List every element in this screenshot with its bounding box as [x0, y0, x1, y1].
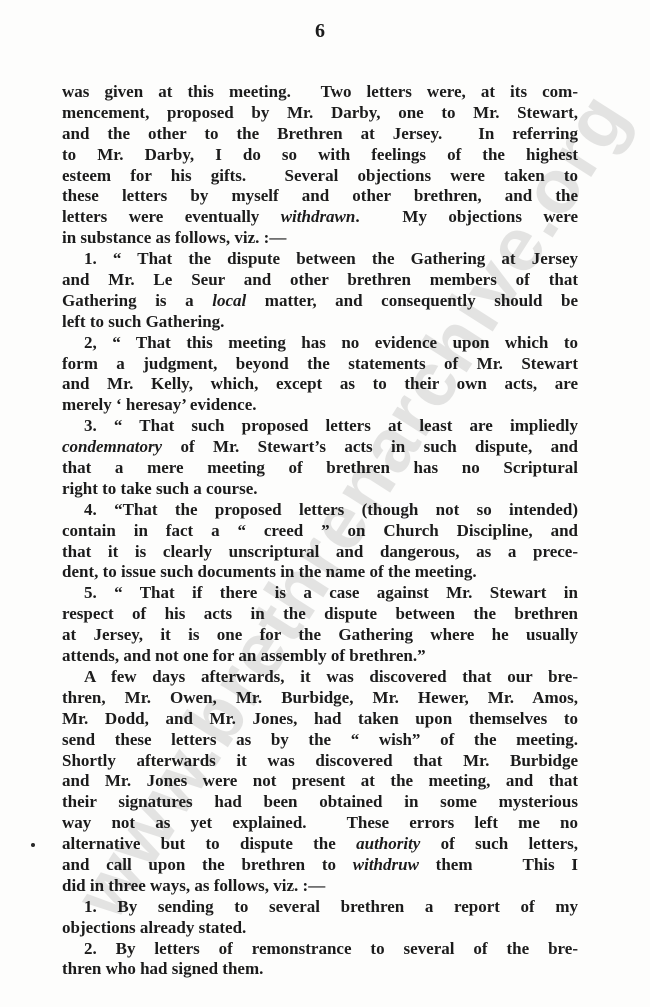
paragraph: 5. “ That if there is a case against Mr.…: [62, 583, 578, 667]
text-run: objections already stated.: [62, 918, 246, 937]
text-line: left to such Gathering.: [62, 312, 578, 333]
text-run: dent, to issue such documents in the nam…: [62, 562, 477, 581]
text-run: their signatures had been obtained in so…: [62, 792, 578, 811]
italic-text: local: [212, 291, 246, 310]
text-run: that a mere meeting of brethren has no S…: [62, 458, 578, 477]
text-run: 2, “ That this meeting has no evidence u…: [84, 333, 578, 352]
text-run: way not as yet explained. These errors l…: [62, 813, 578, 832]
text-line: and call upon the brethren to withdruw t…: [62, 855, 578, 876]
text-run: attends, and not one for an assembly of …: [62, 646, 426, 665]
text-line: their signatures had been obtained in so…: [62, 792, 578, 813]
text-line: mencement, proposed by Mr. Darby, one to…: [62, 103, 578, 124]
text-block: was given at this meeting. Two letters w…: [62, 82, 578, 980]
italic-text: withdruw: [353, 855, 419, 874]
text-line: thren who had signed them.: [62, 959, 578, 980]
text-run: mencement, proposed by Mr. Darby, one to…: [62, 103, 578, 122]
paragraph: was given at this meeting. Two letters w…: [62, 82, 578, 249]
paragraph: 4. “That the proposed letters (though no…: [62, 500, 578, 584]
scanned-page: www.brethrenarchive.org 6 was given at t…: [0, 0, 650, 1007]
text-line: alternative but to dispute the authority…: [62, 834, 578, 855]
paragraph: 2, “ That this meeting has no evidence u…: [62, 333, 578, 417]
text-line: 2, “ That this meeting has no evidence u…: [62, 333, 578, 354]
text-line: form a judgment, beyond the statements o…: [62, 354, 578, 375]
text-run: matter, and consequently should be: [246, 291, 578, 310]
text-run: these letters by myself and other brethr…: [62, 186, 578, 205]
text-line: Gathering is a local matter, and consequ…: [62, 291, 578, 312]
text-line: that a mere meeting of brethren has no S…: [62, 458, 578, 479]
scan-speck: [31, 843, 35, 847]
paragraph: 3. “ That such proposed letters at least…: [62, 416, 578, 500]
text-run: was given at this meeting. Two letters w…: [62, 82, 578, 101]
text-line: at Jersey, it is one for the Gathering w…: [62, 625, 578, 646]
page-number: 6: [62, 20, 578, 43]
text-line: and Mr. Kelly, which, except as to their…: [62, 374, 578, 395]
text-line: 2. By letters of remonstrance to several…: [62, 939, 578, 960]
text-line: and Mr. Jones were not present at the me…: [62, 771, 578, 792]
text-line: dent, to issue such documents in the nam…: [62, 562, 578, 583]
text-line: right to take such a course.: [62, 479, 578, 500]
text-run: 5. “ That if there is a case against Mr.…: [84, 583, 578, 602]
text-run: alternative but to dispute the: [62, 834, 356, 853]
text-run: 3. “ That such proposed letters at least…: [84, 416, 578, 435]
text-run: letters were eventually: [62, 207, 281, 226]
text-line: 5. “ That if there is a case against Mr.…: [62, 583, 578, 604]
text-line: was given at this meeting. Two letters w…: [62, 82, 578, 103]
text-run: and the other to the Brethren at Jersey.…: [62, 124, 578, 143]
text-run: contain in fact a “ creed ” on Church Di…: [62, 521, 578, 540]
text-line: did in three ways, as follows, viz. :—: [62, 876, 578, 897]
text-run: and call upon the brethren to: [62, 855, 353, 874]
text-line: Mr. Dodd, and Mr. Jones, had taken upon …: [62, 709, 578, 730]
text-line: A few days afterwards, it was discovered…: [62, 667, 578, 688]
text-line: to Mr. Darby, I do so with feelings of t…: [62, 145, 578, 166]
italic-text: condemnatory: [62, 437, 162, 456]
text-run: did in three ways, as follows, viz. :—: [62, 876, 325, 895]
text-line: that it is clearly unscriptural and dang…: [62, 542, 578, 563]
text-run: and Mr. Le Seur and other brethren membe…: [62, 270, 578, 289]
text-run: A few days afterwards, it was discovered…: [84, 667, 578, 686]
text-line: respect of his acts in the dispute betwe…: [62, 604, 578, 625]
text-line: 4. “That the proposed letters (though no…: [62, 500, 578, 521]
text-line: merely ‘ heresay’ evidence.: [62, 395, 578, 416]
text-line: these letters by myself and other brethr…: [62, 186, 578, 207]
text-line: 3. “ That such proposed letters at least…: [62, 416, 578, 437]
text-line: objections already stated.: [62, 918, 578, 939]
text-line: in substance as follows, viz. :—: [62, 228, 578, 249]
paragraph: 1. By sending to several brethren a repo…: [62, 897, 578, 939]
text-run: respect of his acts in the dispute betwe…: [62, 604, 578, 623]
text-run: Mr. Dodd, and Mr. Jones, had taken upon …: [62, 709, 578, 728]
text-run: of Mr. Stewart’s acts in such dispute, a…: [162, 437, 578, 456]
text-line: condemnatory of Mr. Stewart’s acts in su…: [62, 437, 578, 458]
italic-text: authority: [356, 834, 420, 853]
text-line: letters were eventually withdrawn. My ob…: [62, 207, 578, 228]
text-run: Shortly afterwards it was discovered tha…: [62, 751, 578, 770]
text-run: 1. “ That the dispute between the Gather…: [84, 249, 578, 268]
text-run: left to such Gathering.: [62, 312, 224, 331]
text-run: of such letters,: [420, 834, 578, 853]
text-line: send these letters as by the “ wish” of …: [62, 730, 578, 751]
text-run: 2. By letters of remonstrance to several…: [84, 939, 578, 958]
text-line: contain in fact a “ creed ” on Church Di…: [62, 521, 578, 542]
text-line: Shortly afterwards it was discovered tha…: [62, 751, 578, 772]
text-run: send these letters as by the “ wish” of …: [62, 730, 578, 749]
text-run: 4. “That the proposed letters (though no…: [84, 500, 578, 519]
text-run: at Jersey, it is one for the Gathering w…: [62, 625, 578, 644]
text-run: and Mr. Kelly, which, except as to their…: [62, 374, 578, 393]
text-line: 1. By sending to several brethren a repo…: [62, 897, 578, 918]
text-line: thren, Mr. Owen, Mr. Burbidge, Mr. Hewer…: [62, 688, 578, 709]
text-line: way not as yet explained. These errors l…: [62, 813, 578, 834]
text-run: in substance as follows, viz. :—: [62, 228, 286, 247]
text-run: that it is clearly unscriptural and dang…: [62, 542, 578, 561]
italic-text: withdrawn: [281, 207, 356, 226]
text-run: them This I: [419, 855, 578, 874]
text-run: thren, Mr. Owen, Mr. Burbidge, Mr. Hewer…: [62, 688, 578, 707]
paragraph: 2. By letters of remonstrance to several…: [62, 939, 578, 981]
text-run: thren who had signed them.: [62, 959, 263, 978]
text-run: esteem for his gifts. Several objections…: [62, 166, 578, 185]
text-run: . My objections were: [355, 207, 578, 226]
text-run: 1. By sending to several brethren a repo…: [84, 897, 578, 916]
text-run: merely ‘ heresay’ evidence.: [62, 395, 257, 414]
text-line: attends, and not one for an assembly of …: [62, 646, 578, 667]
text-run: to Mr. Darby, I do so with feelings of t…: [62, 145, 578, 164]
paragraph: 1. “ That the dispute between the Gather…: [62, 249, 578, 333]
text-line: 1. “ That the dispute between the Gather…: [62, 249, 578, 270]
text-run: and Mr. Jones were not present at the me…: [62, 771, 578, 790]
text-line: and Mr. Le Seur and other brethren membe…: [62, 270, 578, 291]
text-run: form a judgment, beyond the statements o…: [62, 354, 578, 373]
text-line: esteem for his gifts. Several objections…: [62, 166, 578, 187]
text-line: and the other to the Brethren at Jersey.…: [62, 124, 578, 145]
paragraph: A few days afterwards, it was discovered…: [62, 667, 578, 897]
text-run: right to take such a course.: [62, 479, 257, 498]
text-run: Gathering is a: [62, 291, 212, 310]
